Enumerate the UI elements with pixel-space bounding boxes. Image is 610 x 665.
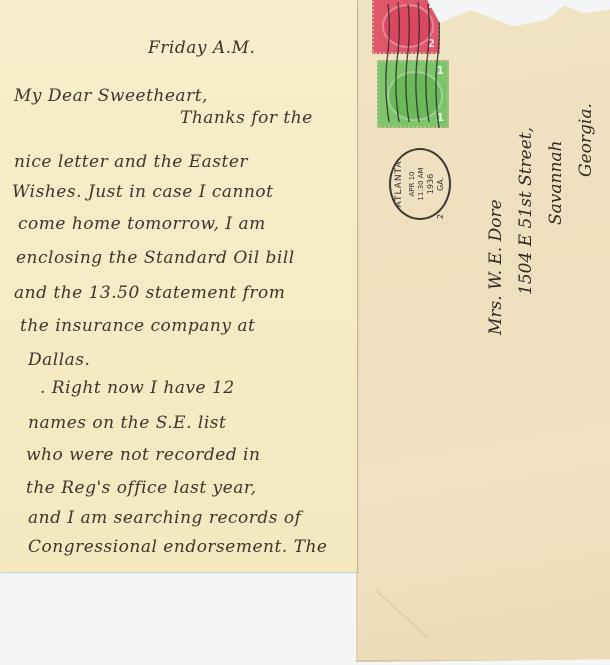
postmark-date: APR 10 [408,149,416,219]
letter-line: enclosing the Standard Oil bill [16,248,295,268]
letter-line: . Right now I have 12 [40,378,235,398]
letter-line: who were not recorded in [26,445,260,465]
cancellation-lines-icon [378,0,448,132]
letter-line: nice letter and the Easter [14,152,248,172]
handwritten-letter: Friday A.M. My Dear Sweetheart, Thanks f… [0,0,357,572]
letter-heading: Friday A.M. [148,38,255,58]
postmark-year: 1936 [426,149,435,219]
envelope-crease [376,590,429,638]
letter-line: come home tomorrow, I am [18,214,266,234]
letter-line: Dallas. [28,350,90,370]
letter-line: names on the S.E. list [28,413,226,433]
postmark: ATLANTA APR 10 11:30 AM 1936 GA. 2 [389,148,451,220]
state: Georgia. [576,103,596,177]
postmark-station: 2 [436,214,445,219]
letter-line: and I am searching records of [28,508,301,528]
letter-line: Thanks for the [180,108,313,128]
letter-line: Congressional endorsement. The [28,537,327,557]
postmark-city: ATLANTA [394,149,404,219]
envelope: 2 2 1 1 ATLANTA APR 10 11:30 AM 1936 GA.… [356,0,610,662]
letter-line: and the 13.50 statement from [14,283,285,303]
recipient-name: Mrs. W. E. Dore [486,199,506,335]
postmark-time: 11:30 AM [417,149,425,219]
letter-line: the insurance company at [20,316,255,336]
street-address: 1504 E 51st Street, [516,127,536,295]
postmark-state: GA. [436,149,445,219]
letter-salutation: My Dear Sweetheart, [14,86,208,106]
letter-line: Wishes. Just in case I cannot [12,182,273,202]
letter-line: the Reg's office last year, [26,478,257,498]
city: Savannah [546,140,566,225]
